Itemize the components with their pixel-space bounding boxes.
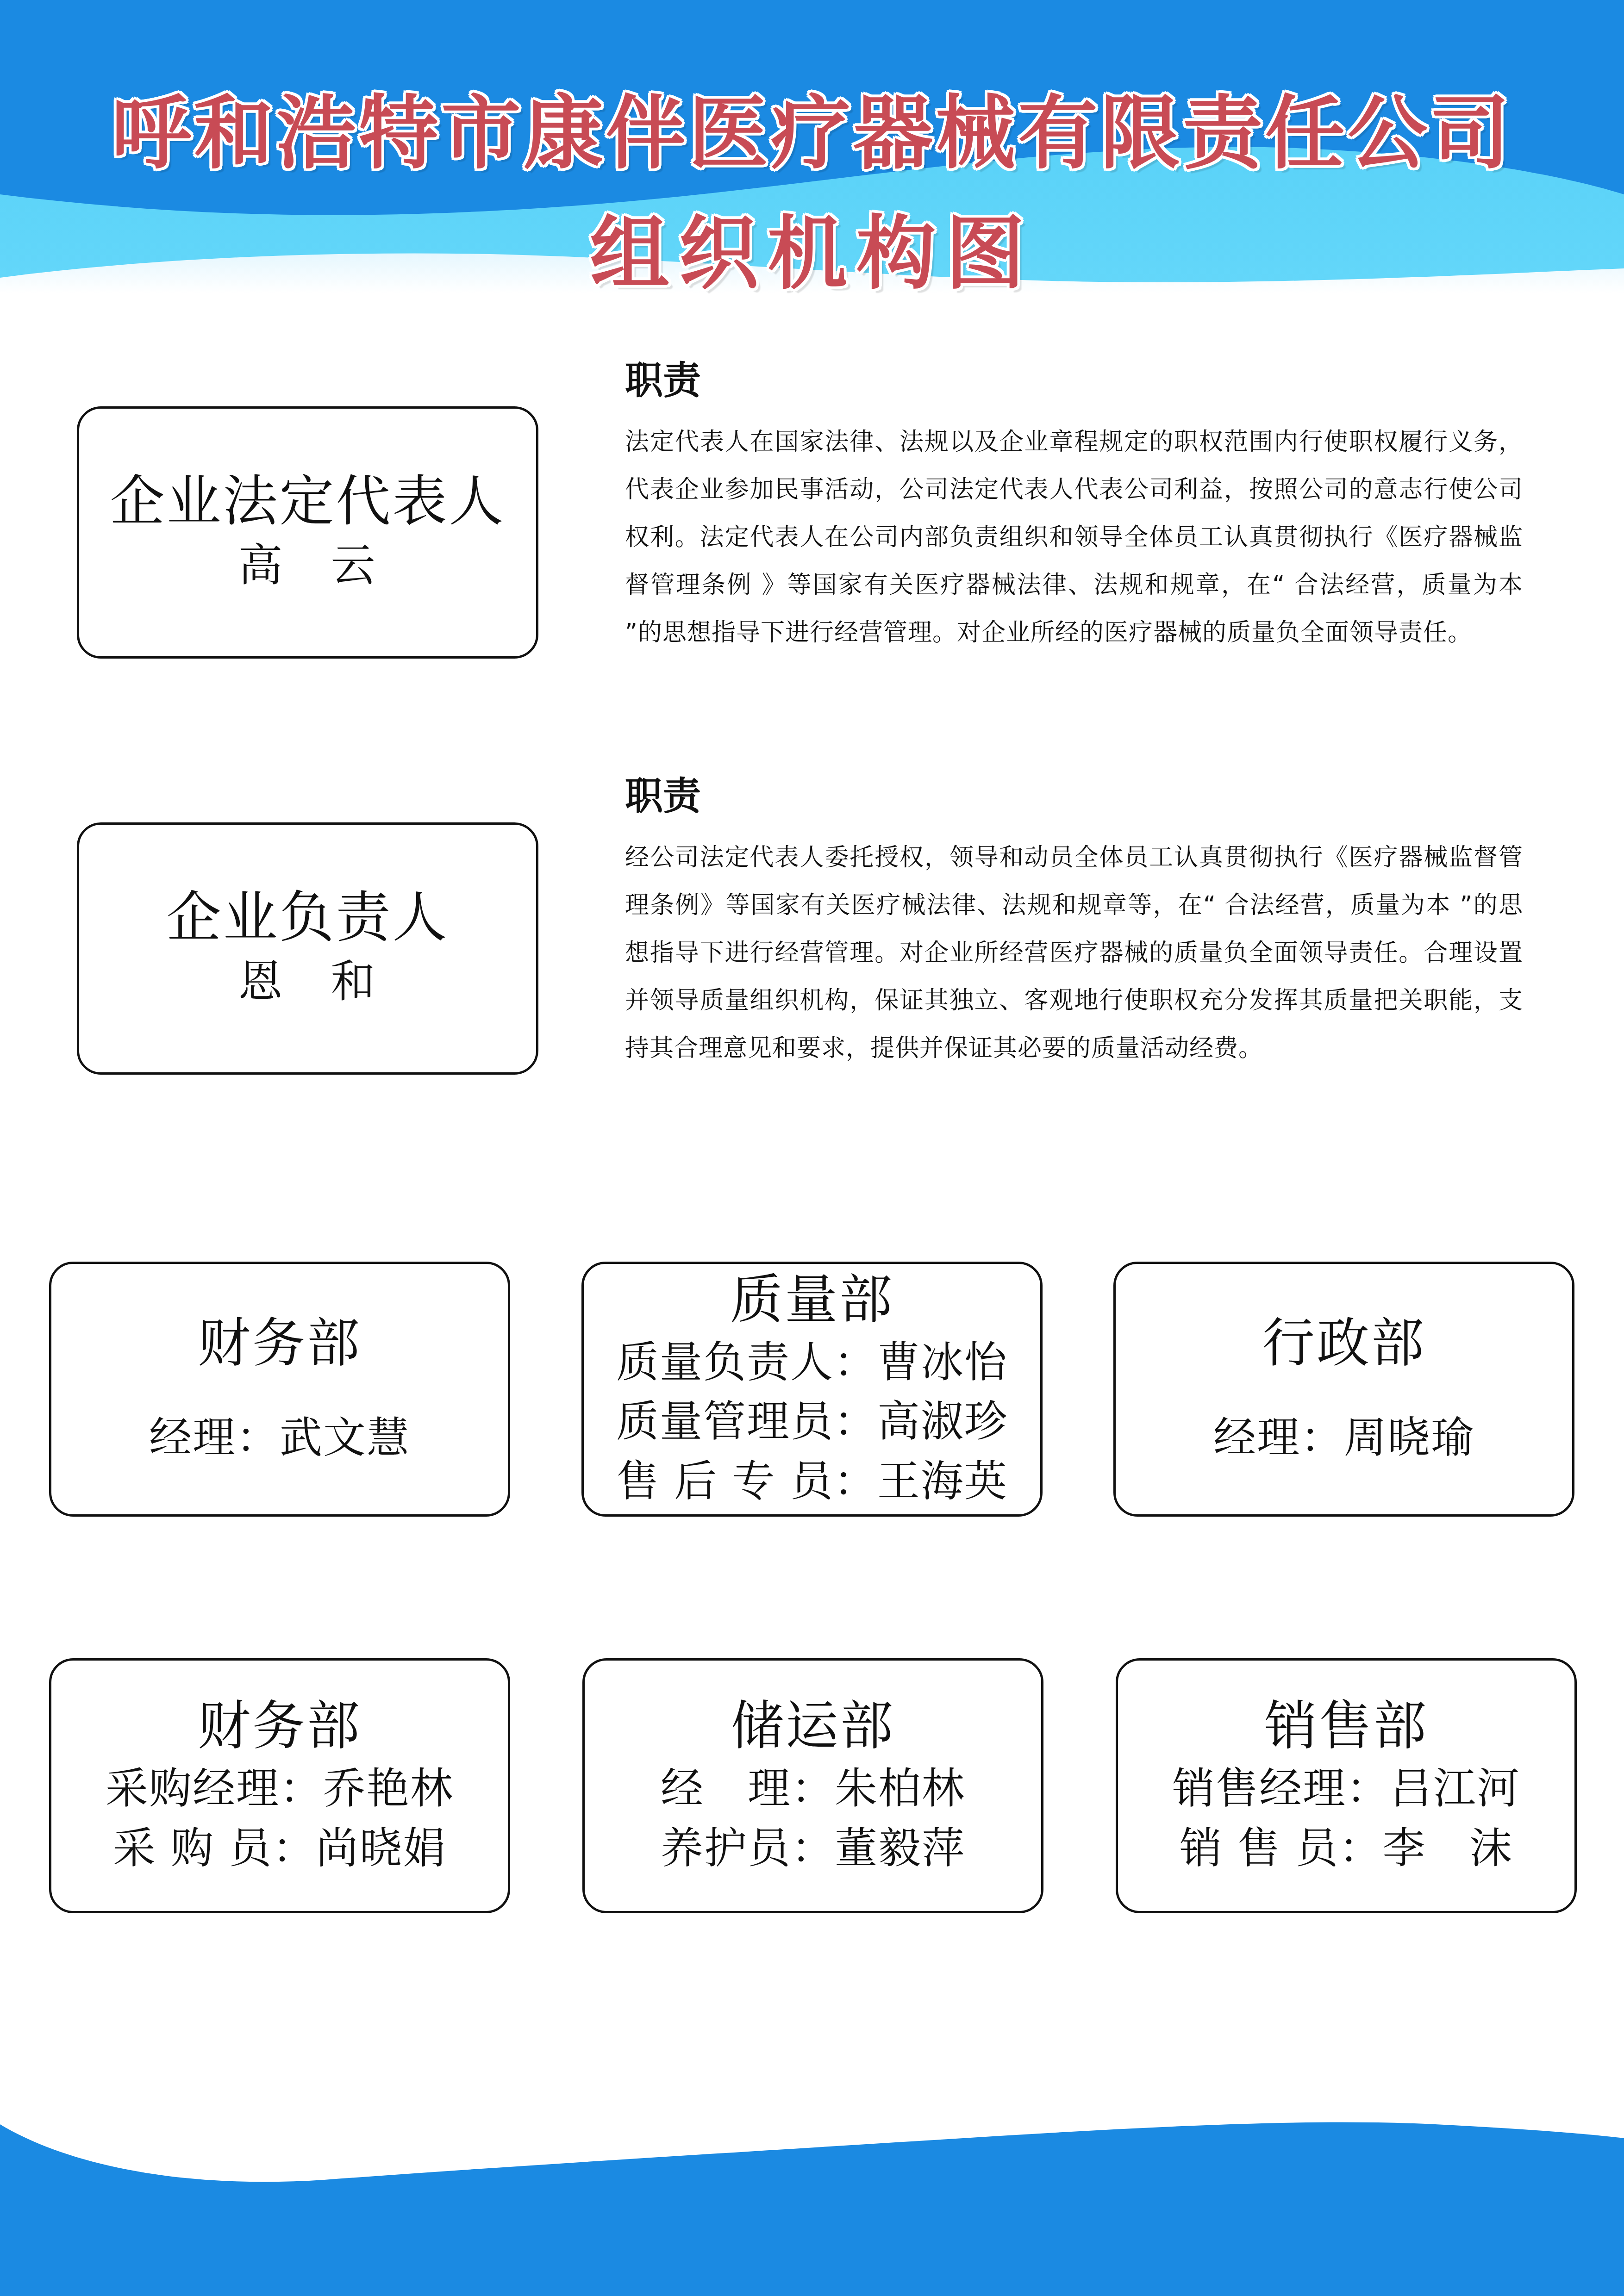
- company-title: 呼和浩特市康伴医疗器械有限责任公司: [0, 69, 1624, 184]
- dept-purchasing-box: 财务部 采购经理：乔艳林 采 购 员：尚晓娟: [49, 1658, 510, 1913]
- duty-heading: 职责: [625, 778, 1523, 815]
- duty-text: 经公司法定代表人委托授权，领导和动员全体员工认真贯彻执行《医疗器械监督管理条例》…: [625, 834, 1523, 1072]
- dept-name: 储运部: [731, 1693, 895, 1759]
- dept-member: 经 理：朱柏林: [661, 1759, 965, 1819]
- role-label: 企业法定代表人: [110, 469, 505, 535]
- dept-member: 售 后 专 员：王海英: [616, 1452, 1008, 1512]
- dept-member: 质量管理员：高淑珍: [616, 1392, 1008, 1452]
- dept-admin-box: 行政部 经理：周晓瑜: [1113, 1262, 1574, 1517]
- dept-name: 行政部: [1262, 1310, 1426, 1376]
- dept-member: 经理：武文慧: [149, 1408, 410, 1468]
- dept-member: 采购经理：乔艳林: [106, 1759, 454, 1819]
- dept-storage-box: 储运部 经 理：朱柏林 养护员：董毅萍: [582, 1658, 1043, 1913]
- enterprise-head-box: 企业负责人 恩 和: [77, 822, 538, 1075]
- dept-member: 经理：周晓瑜: [1213, 1408, 1474, 1468]
- dept-member: 养护员：董毅萍: [661, 1819, 965, 1879]
- dept-member: 质量负责人：曹冰怡: [616, 1333, 1008, 1393]
- legal-representative-box: 企业法定代表人 高 云: [77, 406, 538, 659]
- dept-name: 质量部: [730, 1267, 894, 1333]
- enterprise-head-duties: 职责 经公司法定代表人委托授权，领导和动员全体员工认真贯彻执行《医疗器械监督管理…: [625, 778, 1523, 1072]
- dept-name: 财务部: [198, 1693, 362, 1759]
- duty-text: 法定代表人在国家法律、法规以及企业章程规定的职权范围内行使职权履行义务，代表企业…: [625, 418, 1523, 657]
- dept-member: 销 售 员：李 沫: [1180, 1819, 1513, 1879]
- dept-member: 销售经理：吕江河: [1172, 1759, 1520, 1819]
- dept-name: 销售部: [1264, 1693, 1428, 1759]
- person-name: 恩 和: [238, 950, 377, 1012]
- duty-heading: 职责: [625, 362, 1523, 400]
- dept-sales-box: 销售部 销售经理：吕江河 销 售 员：李 沫: [1116, 1658, 1577, 1913]
- dept-finance-box: 财务部 经理：武文慧: [49, 1262, 510, 1517]
- legal-representative-duties: 职责 法定代表人在国家法律、法规以及企业章程规定的职权范围内行使职权履行义务，代…: [625, 362, 1523, 657]
- background-waves: [0, 0, 1624, 2296]
- dept-quality-box: 质量部 质量负责人：曹冰怡 质量管理员：高淑珍 售 后 专 员：王海英: [581, 1262, 1043, 1517]
- dept-member: 采 购 员：尚晓娟: [113, 1819, 447, 1879]
- chart-title: 组织机构图: [0, 190, 1624, 304]
- role-label: 企业负责人: [166, 885, 449, 951]
- bottom-wave: [0, 2122, 1624, 2296]
- dept-name: 财务部: [198, 1310, 362, 1376]
- person-name: 高 云: [238, 534, 377, 596]
